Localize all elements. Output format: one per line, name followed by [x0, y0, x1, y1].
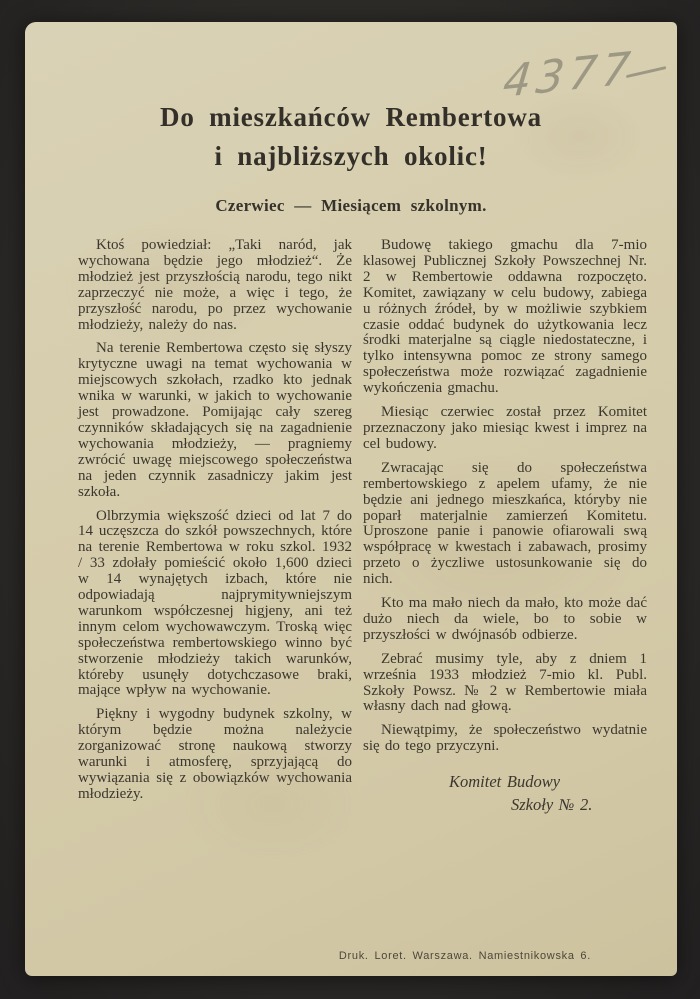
paragraph: Miesiąc czerwiec został przez Komitet pr… — [363, 405, 647, 453]
paragraph: Niewątpimy, że społeczeństwo wydatnie si… — [363, 723, 647, 755]
title-line-2: i najbliższych okolic! — [25, 137, 677, 176]
leaflet-page: 4377 Do mieszkańców Rembertowa i najbliż… — [25, 22, 677, 976]
paragraph: Kto ma mało niech da mało, kto może dać … — [363, 596, 647, 644]
signature-line-1: Komitet Budowy — [449, 770, 647, 793]
left-column: Ktoś powiedział: „Taki naród, jak wychow… — [78, 238, 352, 816]
paragraph: Zebrać musimy tyle, aby z dniem 1 wrześn… — [363, 652, 647, 716]
paragraph: Piękny i wygodny budynek szkolny, w któr… — [78, 707, 352, 802]
paragraph: Olbrzymia większość dzieci od lat 7 do 1… — [78, 509, 352, 700]
paragraph: Ktoś powiedział: „Taki naród, jak wychow… — [78, 238, 352, 333]
photo-background: 4377 Do mieszkańców Rembertowa i najbliż… — [0, 0, 700, 999]
printer-imprint: Druk. Loret. Warszawa. Namiestnikowska 6… — [339, 950, 591, 962]
signature-line-2: Szkoły № 2. — [449, 793, 647, 816]
signature-block: Komitet Budowy Szkoły № 2. — [363, 770, 647, 816]
paragraph: Na terenie Rembertowa często się słyszy … — [78, 341, 352, 500]
body-columns: Ktoś powiedział: „Taki naród, jak wychow… — [25, 238, 677, 816]
paragraph: Zwracając się do społeczeństwa rembertow… — [363, 461, 647, 588]
subtitle: Czerwiec — Miesiącem szkolnym. — [25, 196, 677, 216]
paragraph: Budowę takiego gmachu dla 7-mio klasowej… — [363, 238, 647, 397]
page-title: Do mieszkańców Rembertowa i najbliższych… — [25, 98, 677, 176]
right-column: Budowę takiego gmachu dla 7-mio klasowej… — [363, 238, 647, 816]
title-line-1: Do mieszkańców Rembertowa — [25, 98, 677, 137]
